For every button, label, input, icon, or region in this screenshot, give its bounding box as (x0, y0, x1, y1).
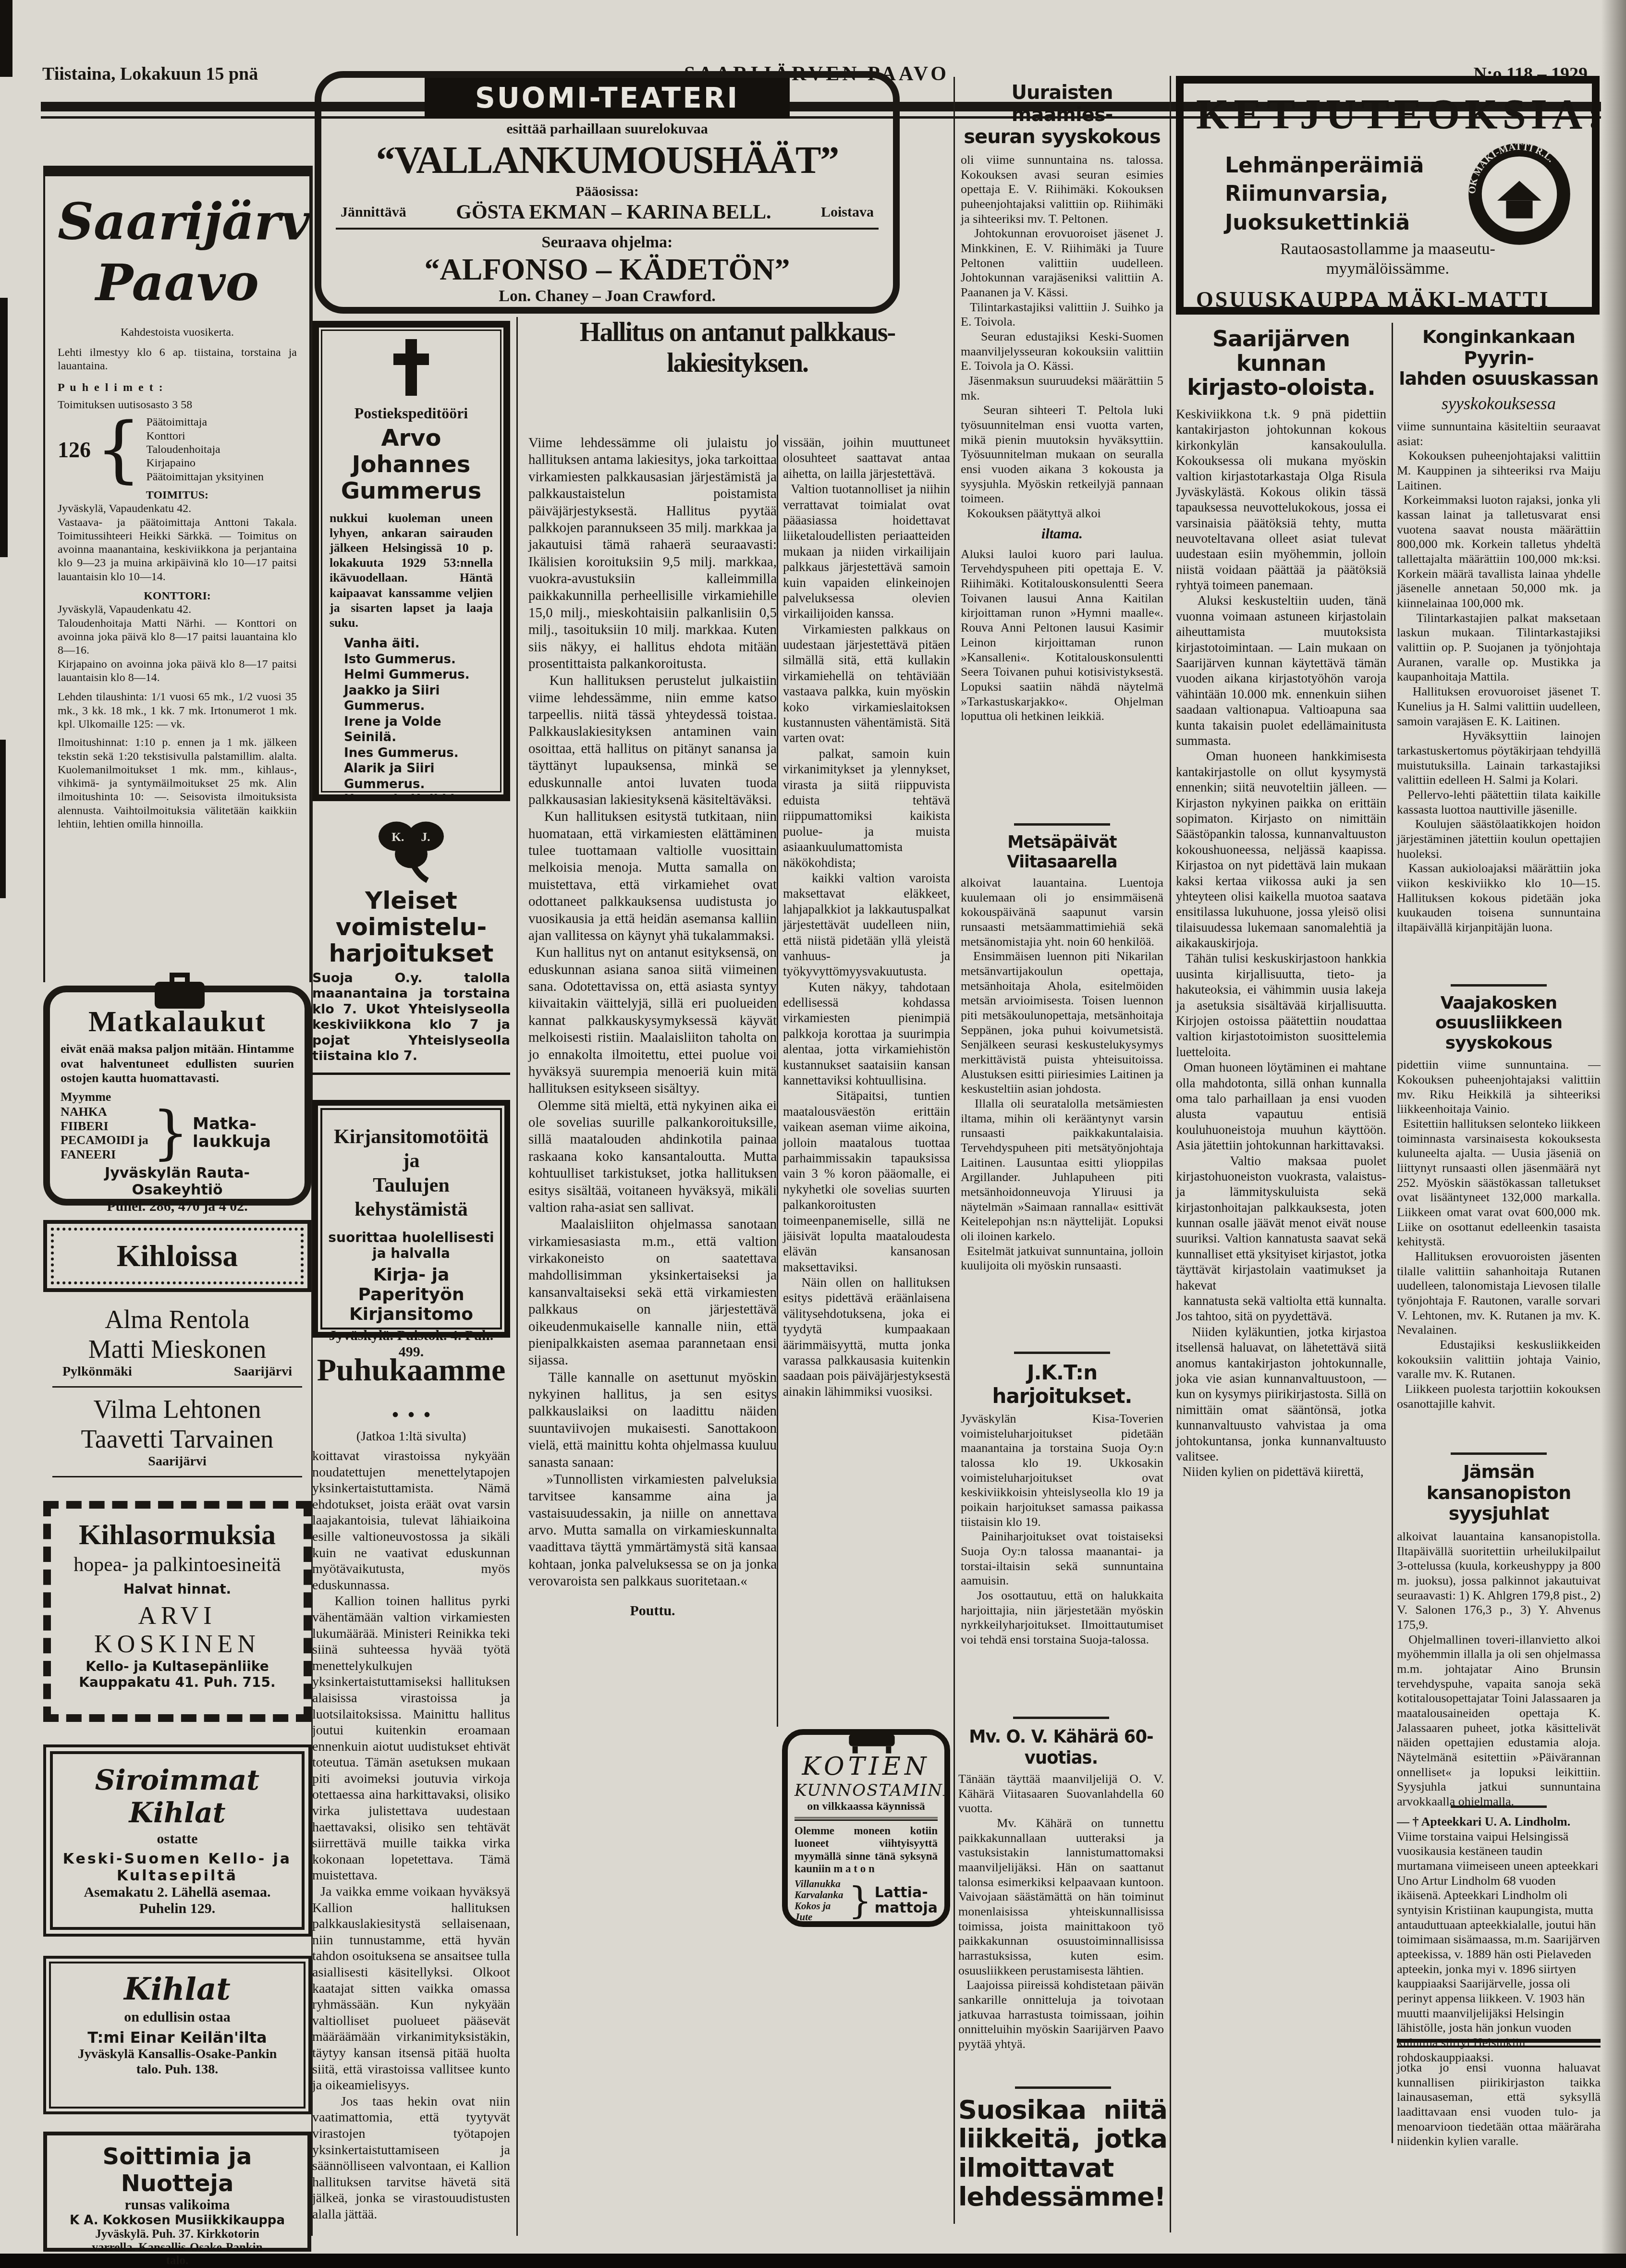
theater-film2: “ALFONSO – KÄDETÖN” (336, 252, 879, 287)
matkalaukut-ad: Matkalaukut eivät enää maksa paljon mitä… (43, 986, 311, 1206)
puhukaamme-article: Puhukaamme . . . (Jatkoa 1:ltä sivulta) … (312, 1352, 510, 2236)
couple-place: Pylkönmäki (62, 1364, 132, 1379)
siroimmat-addr: Asemakatu 2. Lähellä asemaa. (56, 1884, 299, 1901)
soittimia-addr: Jyväskylä. Puh. 37. Kirkkotorin varrella… (54, 2228, 301, 2268)
kirjasto-tail: jotka jo ensi vuonna haluavat kunnallise… (1397, 2061, 1601, 2149)
article-body: alkoivat lauantaina. Luentoja kuulemaan … (961, 876, 1163, 1273)
theater-line1: esittää parhaillaan suurelokuvaa (336, 121, 879, 137)
article-body: Aluksi lauloi kuoro pari laulua. Tervehd… (961, 547, 1163, 724)
divider (1014, 1352, 1110, 1354)
masthead-konttori-info: Taloudenhoitaja Matti Närhi. — Konttori … (58, 617, 297, 685)
masthead-phone-number: 126 (58, 437, 91, 463)
double-rule (1397, 2039, 1601, 2048)
article-headline: Konginkankaan Pyyrin- lahden osuuskassan (1397, 327, 1601, 390)
kotien-products-row2: Kokos- Karvalanka ja Jute } Käytävä- mat… (795, 1923, 938, 1927)
article-body: koittavat virastoissa nykyään noudatettu… (312, 1448, 510, 2223)
article-body: jotka jo ensi vuonna haluavat kunnallise… (1397, 2061, 1601, 2149)
theater-film1: “VALLANKUMOUSHÄÄT” (336, 137, 879, 183)
article-headline: J.K.T:n harjoitukset. (961, 1361, 1163, 1408)
main-headline: Hallitus on antanut palkkaus- lakiesityk… (526, 317, 949, 379)
header-date: Tiistaina, Lokakuun 15 pnä (42, 63, 258, 85)
masthead: Saarijärven Paavo Kahdestoista vuosikert… (43, 166, 311, 982)
masthead-schedule: Lehti ilmestyy klo 6 ap. tiistaina, tors… (58, 346, 297, 373)
soittimia-title: Soittimia ja Nuotteja (54, 2143, 301, 2197)
maki-matti-logo-icon: OK MÄKI-MATTI R.L. (1464, 139, 1575, 249)
obituary-text: nukkui kuoleman uneen lyhyen, ankaran sa… (330, 511, 493, 631)
masthead-volume: Kahdestoista vuosikerta. (58, 326, 297, 339)
theater-tagline: Ihmeellinen elokuvaelämys. (336, 305, 879, 314)
divider (1451, 1805, 1547, 1808)
kirjansitomo-ad: Kirjansitomotöitä ja Taulujen kehystämis… (312, 1100, 510, 1338)
kihlasormuksia-line1: hopea- ja palkintoesineitä (58, 1553, 297, 1576)
kotien-ad: KOTIEN KUNNOSTAMINEN on vilkkaassa käynn… (782, 1729, 950, 1927)
masthead-toimitus-addr: Jyväskylä, Vapaudenkatu 42. (58, 502, 297, 515)
kihlat-line1: on edullisin ostaa (56, 2009, 299, 2025)
clover-letter-k: K. (391, 830, 404, 844)
matkalaukut-materials: NAHKA FIIBERI PECAMOIDI ja FANEERI (61, 1105, 148, 1162)
masthead-title-line2: Paavo (58, 253, 297, 313)
ketjuteoksia-ad: KETJUTEOKSIA: Lehmänperäimiä Riimunvarsi… (1176, 76, 1600, 315)
konginkangas-article: Konginkankaan Pyyrin- lahden osuuskassan… (1397, 327, 1601, 935)
article-body: pidettiin viime sunnuntaina. — Kokouksen… (1397, 1058, 1601, 1411)
kihlat-firm: T:mi Einar Keilän'ilta (56, 2028, 299, 2047)
divider (1013, 1717, 1109, 1719)
divider (336, 228, 879, 230)
obituary: Postiekspeditööri Arvo Johannes Gummerus… (312, 321, 510, 801)
theater-next-label: Seuraava ohjelma: (336, 233, 879, 252)
divider (1015, 2086, 1111, 2089)
column-rule (777, 435, 778, 1727)
matkalaukut-phone: Puhel. 286, 470 ja 4 02. (61, 1198, 294, 1215)
article-signature: Pouttu. (528, 1603, 777, 1619)
siroimmat-line1: ostatte (56, 1831, 299, 1847)
siroimmat-firm: Keski-Suomen Kello- ja Kultasepiltä (56, 1851, 299, 1884)
masthead-title-line1: Saarijärven (58, 191, 297, 253)
kotien-prod1: Lattia- mattoja (875, 1885, 938, 1915)
kihloissa-box: Kihloissa (43, 1220, 311, 1292)
soittimia-line1: runsas valikoima (54, 2197, 301, 2213)
kihlasormuksia-addr: Kauppakatu 41. Puh. 715. (58, 1674, 297, 1690)
article-subhead: syyskokouksessa (1397, 393, 1601, 414)
kihlat-ad: Kihlat on edullisin ostaa T:mi Einar Kei… (43, 1956, 311, 2114)
brace-glyph: } (848, 1884, 871, 1917)
kotien-sub: on vilkkaassa käynnissä (795, 1800, 938, 1813)
kihlasormuksia-firm: ARVI KOSKINEN (58, 1602, 297, 1658)
voimistelu-notice: K. J. Yleiset voimistelu- harjoitukset S… (312, 812, 510, 1075)
kotien-products-row1: Villanukka Karvalanka Kokos ja Jute } La… (795, 1878, 938, 1923)
divider (1451, 984, 1547, 987)
suitcase-icon (151, 970, 208, 1011)
couple-name: Matti Mieskonen (43, 1334, 311, 1364)
couple-place: Saarijärvi (43, 1454, 311, 1469)
article-subhead: iltama. (961, 526, 1163, 542)
kihlasormuksia-title: Kihlasormuksia (58, 1518, 297, 1551)
article-headline: Uuraisten maamies- seuran syyskokous (961, 82, 1163, 148)
column-rule (1392, 323, 1393, 2143)
masthead-phone-news: Toimituksen uutisosasto 3 58 (58, 398, 297, 412)
article-body: Viime lehdessämme oli julaistu jo hallit… (528, 435, 777, 1590)
main-article-col2: vissään, joihin muuttuneet olosuhteet sa… (783, 435, 950, 1399)
divider (312, 1073, 510, 1075)
kihlasormuksia-line2: Halvat hinnat. (58, 1581, 297, 1597)
kotien-title2: KUNNOSTAMINEN (795, 1781, 938, 1800)
couple-name: Taavetti Tarvainen (43, 1424, 311, 1454)
article-headline: Vaajakosken osuusliikkeen syyskokous (1397, 993, 1601, 1053)
suosikaa-promo: Suosikaa niitä liikkeitä, jotka ilmoitta… (958, 2080, 1167, 2212)
jkt-article: J.K.T:n harjoitukset. Jyväskylän Kisa-To… (961, 1345, 1163, 1647)
metsapaivat-article: Metsäpäivät Viitasaarella alkoivat lauan… (961, 817, 1163, 1273)
ketjuteoksia-items: Lehmänperäimiä Riimunvarsia, Juoksuketti… (1225, 151, 1424, 237)
article-body: alkoivat lauantaina kansanopistolla. Ilt… (1397, 1529, 1601, 1809)
masthead-toimitus-info: Vastaava- ja päätoimittaja Anttoni Takal… (58, 516, 297, 584)
cross-icon (393, 339, 429, 396)
kihlasormuksia-sub: Kello- ja Kultasepänliike (58, 1658, 297, 1674)
column-rule (1170, 76, 1171, 2232)
kotien-list2: Kokos- Karvalanka ja Jute (795, 1923, 844, 1927)
article-body: vissään, joihin muuttuneet olosuhteet sa… (783, 435, 950, 1399)
kotien-list1: Villanukka Karvalanka Kokos ja Jute (795, 1878, 848, 1923)
kihlat-title: Kihlat (56, 1971, 299, 2007)
scan-artifact (0, 298, 8, 557)
masthead-tilaus: Lehden tilaushinta: 1/1 vuosi 65 mk., 1/… (58, 690, 297, 731)
kotien-para: Olemme moneen kotiin luoneet viihtyisyyt… (795, 1825, 938, 1876)
theater-stars2: Lon. Chaney – Joan Crawford. (336, 287, 879, 305)
theater-cast-label: Pääosissa: (336, 183, 879, 200)
matkalaukut-product: Matka- laukkuja (193, 1115, 271, 1151)
matkalaukut-body: eivät enää maksa paljon mitään. Hintamme… (61, 1042, 294, 1086)
armchair-icon (845, 1729, 898, 1754)
article-headline: Metsäpäivät Viitasaarella (966, 832, 1159, 872)
obituary-title: Postiekspeditööri (330, 404, 493, 422)
kihlasormuksia-ad: Kihlasormuksia hopea- ja palkintoesineit… (43, 1501, 311, 1722)
couple-places: Pylkönmäki Saarijärvi (43, 1364, 311, 1379)
article-body: Jyväskylän Kisa-Toverien voimisteluharjo… (961, 1412, 1163, 1647)
soittimia-firm: K A. Kokkosen Musiikkikauppa (54, 2213, 301, 2228)
masthead-phone-items: Päätoimittaja Konttori Taloudenhoitaja K… (146, 415, 264, 484)
article-headline: Jämsän kansanopiston syysjuhlat (1397, 1462, 1601, 1524)
theater-cast-row: Jännittävä GÖSTA EKMAN – KARINA BELL. Lo… (341, 201, 874, 224)
kirjansitomo-title: Kirjansitomotöitä ja Taulujen kehystämis… (326, 1125, 497, 1222)
divider (1014, 823, 1110, 826)
kahara-article: Mv. O. V. Kähärä 60-vuotias. Tänään täyt… (958, 1710, 1164, 2052)
kirjasto-article: Saarijärven kunnan kirjasto-oloista. Kes… (1176, 327, 1386, 1480)
suomi-teateri-ad: SUOMI-TEATERI esittää parhaillaan suurel… (315, 71, 900, 314)
clover-logo-icon: K. J. (370, 812, 452, 884)
divider (52, 1386, 302, 1388)
column-rule (516, 317, 518, 2236)
scan-artifact (0, 0, 12, 77)
lindholm-article: — † Apteekkari U. A. Lindholm. Viime tor… (1397, 1799, 1601, 2065)
article-body: viime sunnuntaina käsiteltiin seuraavat … (1397, 419, 1601, 935)
clover-letter-j: J. (421, 830, 430, 844)
newspaper-page: Tiistaina, Lokakuun 15 pnä SAARIJÄRVEN P… (0, 0, 1626, 2268)
main-article-col1: Viime lehdessämme oli julaistu jo hallit… (528, 435, 777, 1619)
article-body: Viime torstaina vaipui Helsingissä vuosi… (1397, 1829, 1600, 2064)
theater-right-word: Loistava (821, 204, 874, 220)
divider (795, 1817, 938, 1821)
kotien-title1: KOTIEN (795, 1752, 938, 1781)
masthead-toimitus-label: TOIMITUS: (58, 488, 297, 502)
couple-name: Alma Rentola (43, 1305, 311, 1334)
kihlat-addr: Jyväskylä Kansallis-Osake-Pankin talo. P… (56, 2047, 299, 2077)
article-headline: Saarijärven kunnan kirjasto-oloista. (1176, 327, 1386, 400)
theater-name: SUOMI-TEATERI (425, 78, 790, 118)
article-body: oli viime sunnuntaina ns. talossa. Kokou… (961, 153, 1163, 521)
jamsa-article: Jämsän kansanopiston syysjuhlat alkoivat… (1397, 1446, 1601, 1809)
article-lead: — † Apteekkari U. A. Lindholm. (1397, 1815, 1570, 1829)
kirjansitomo-line1: suorittaa huolellisesti ja halvalla (326, 1230, 497, 1261)
theater-stars1: GÖSTA EKMAN – KARINA BELL. (456, 201, 771, 224)
kirjansitomo-firm: Kirja- ja Paperityön Kirjansitomo (326, 1265, 497, 1325)
siroimmat-ad: Siroimmat Kihlat ostatte Keski-Suomen Ke… (43, 1744, 311, 1937)
promo-text: Suosikaa niitä liikkeitä, jotka ilmoitta… (958, 2096, 1167, 2212)
siroimmat-phone: Puhelin 129. (56, 1901, 299, 1917)
article-headline: Mv. O. V. Kähärä 60-vuotias. (966, 1726, 1157, 1768)
masthead-phones-label: P u h e l i m e t : (58, 381, 297, 394)
engagement-notices: Alma Rentola Matti Mieskonen Pylkönmäki … (43, 1305, 311, 1484)
article-body: Tänään täyttää maanviljelijä O. V. Kähär… (958, 1772, 1164, 2052)
matkalaukut-firm: Jyväskylän Rauta-Osakeyhtiö (61, 1165, 294, 1198)
obituary-mourners: Vanha äiti. Isto Gummerus. Helmi Gummeru… (344, 636, 493, 801)
couple-place: Saarijärvi (234, 1364, 292, 1379)
column-rule (954, 77, 955, 2224)
theater-left-word: Jännittävä (341, 204, 406, 220)
masthead-ilmoitus: Ilmoitushinnat: 1:10 p. ennen ja 1 mk. j… (58, 736, 297, 831)
masthead-konttori-addr: Jyväskylä, Vapaudenkatu 42. (58, 603, 297, 616)
kihloissa-label: Kihloissa (117, 1238, 238, 1274)
article-headline: Puhukaamme . . . (312, 1352, 510, 1425)
ketjuteoksia-title: KETJUTEOKSIA: (1196, 90, 1579, 139)
soittimia-ad: Soittimia ja Nuotteja runsas valikoima K… (43, 2132, 311, 2252)
uuraisten-article: Uuraisten maamies- seuran syyskokous oli… (961, 82, 1163, 724)
couple-name: Vilma Lehtonen (43, 1394, 311, 1424)
masthead-phone-group: 126 { Päätoimittaja Konttori Taloudenhoi… (58, 415, 297, 484)
vaajakoski-article: Vaajakosken osuusliikkeen syyskokous pid… (1397, 977, 1601, 1411)
voimistelu-title: Yleiset voimistelu- harjoitukset (312, 888, 510, 967)
divider (1451, 1452, 1547, 1455)
siroimmat-title: Siroimmat Kihlat (56, 1764, 299, 1829)
matkalaukut-products: NAHKA FIIBERI PECAMOIDI ja FANEERI } Mat… (61, 1105, 294, 1162)
scan-edge-shadow (1601, 0, 1626, 2268)
divider (52, 1476, 302, 1477)
scan-artifact (0, 740, 6, 898)
brace-glyph: } (152, 1107, 189, 1159)
ketjuteoksia-firm: OSUUSKAUPPA MÄKI-MATTI r.l. (1196, 287, 1579, 315)
obituary-name: Arvo Johannes Gummerus (330, 425, 493, 505)
ketjuteoksia-row: Lehmänperäimiä Riimunvarsia, Juoksuketti… (1196, 139, 1579, 249)
article-continuation-note: (Jatkoa 1:ltä sivulta) (312, 1429, 510, 1444)
voimistelu-body: Suoja O.y. talolla maanantaina ja torsta… (312, 971, 510, 1064)
brace-glyph: { (96, 417, 141, 482)
masthead-konttori-label: KONTTORI: (58, 589, 297, 603)
article-body: Keskiviikkona t.k. 9 pnä pidettiin kanta… (1176, 406, 1386, 1480)
